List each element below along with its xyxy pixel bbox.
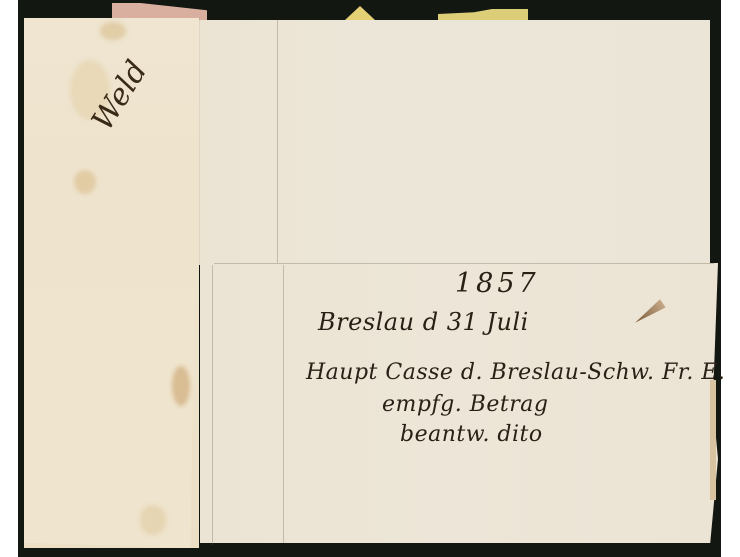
stain-top: [100, 22, 126, 40]
docket-line-place-date: Breslau d 31 Juli: [318, 308, 529, 336]
stain-mid: [74, 170, 96, 194]
docket-year: 1857: [455, 268, 540, 299]
right-edge-underlayer: [710, 380, 716, 500]
docket-line-addressee: Haupt Casse d. Breslau-Schw. Fr. E.: [306, 360, 725, 385]
left-lower-flap: [24, 290, 194, 548]
stain-torn: [172, 366, 190, 406]
document-scan: Weld 1857 Breslau d 31 Juli Haupt Casse …: [0, 0, 740, 557]
flap-edge: [212, 265, 213, 545]
docket-line-answered: beantw. dito: [400, 422, 543, 447]
top-fold-panel: [198, 20, 710, 265]
vertical-fold-upper: [277, 20, 278, 263]
horizontal-fold: [214, 263, 714, 264]
docket-line-received: empfg. Betrag: [382, 392, 548, 417]
stain-bottom: [140, 505, 166, 535]
vertical-fold-lower: [283, 265, 284, 543]
